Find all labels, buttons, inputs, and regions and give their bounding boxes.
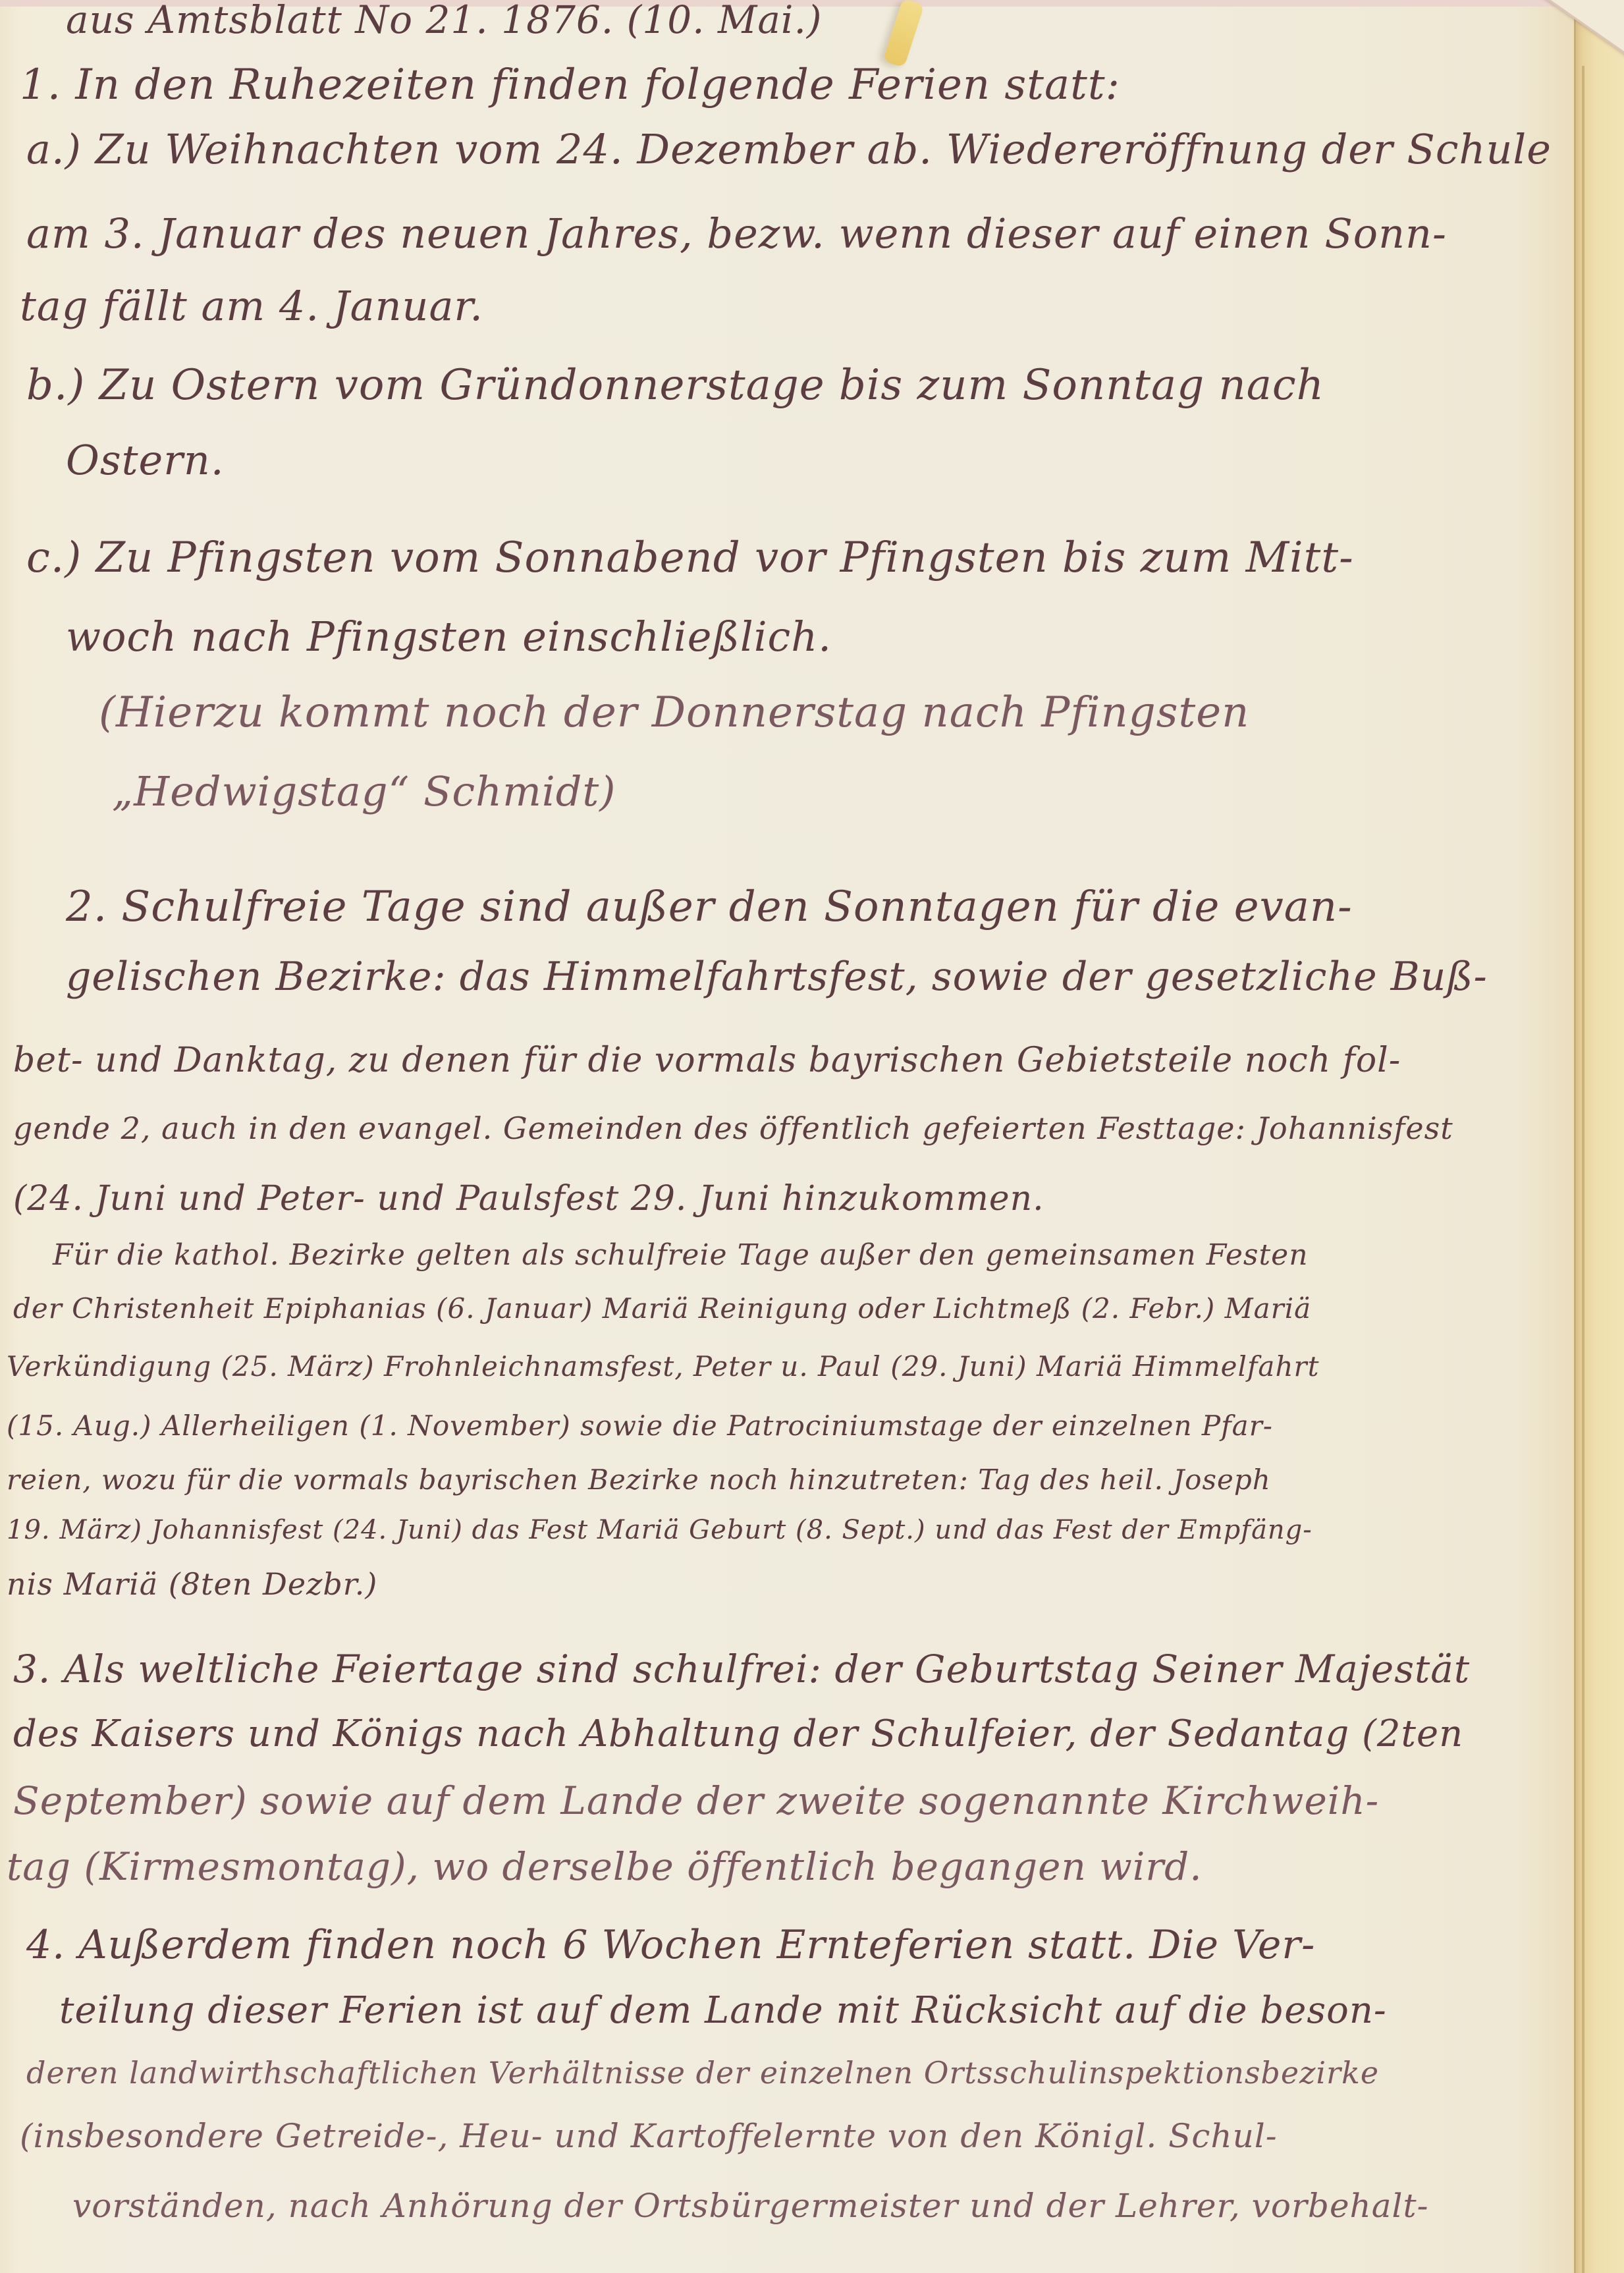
text-line: Verkündigung (25. März) Frohnleichnamsfe…	[7, 1350, 1319, 1383]
text-line: (15. Aug.) Allerheiligen (1. November) s…	[7, 1410, 1273, 1442]
text-line: bet- und Danktag, zu denen für die vorma…	[13, 1041, 1401, 1080]
text-line: (insbesondere Getreide-, Heu- und Kartof…	[20, 2117, 1278, 2155]
text-line: b.) Zu Ostern vom Gründonnerstage bis zu…	[26, 361, 1324, 410]
text-line: deren landwirthschaftlichen Verhältnisse…	[26, 2055, 1379, 2091]
text-line: (24. Juni und Peter- und Paulsfest 29. J…	[13, 1179, 1044, 1219]
text-line: tag fällt am 4. Januar.	[20, 282, 483, 330]
text-line: c.) Zu Pfingsten vom Sonnabend vor Pfing…	[26, 534, 1354, 582]
page-edge-shadow-line	[1582, 66, 1584, 2273]
text-line: gelischen Bezirke: das Himmelfahrtsfest,…	[66, 954, 1488, 1000]
text-line: am 3. Januar des neuen Jahres, bezw. wen…	[26, 209, 1447, 258]
header-source-line: aus Amtsblatt No 21. 1876. (10. Mai.)	[66, 0, 823, 42]
text-line: 4. Außerdem finden noch 6 Wochen Erntefe…	[26, 1922, 1315, 1968]
text-line: 3. Als weltliche Feiertage sind schulfre…	[13, 1647, 1470, 1691]
text-line: 2. Schulfreie Tage sind außer den Sonnta…	[66, 883, 1353, 931]
text-line: 19. März) Johannisfest (24. Juni) das Fe…	[7, 1515, 1313, 1545]
text-line: Für die kathol. Bezirke gelten als schul…	[53, 1238, 1309, 1272]
text-line: „Hedwigstag“ Schmidt)	[112, 767, 616, 815]
text-line: 1. In den Ruhezeiten finden folgende Fer…	[20, 61, 1120, 109]
text-line: nis Mariä (8ten Dezbr.)	[7, 1566, 377, 1602]
text-line: reien, wozu für die vormals bayrischen B…	[7, 1464, 1271, 1496]
text-line: a.) Zu Weihnachten vom 24. Dezember ab. …	[26, 125, 1552, 173]
text-line: teilung dieser Ferien ist auf dem Lande …	[59, 1989, 1387, 2032]
text-line: (Hierzu kommt noch der Donnerstag nach P…	[99, 688, 1249, 737]
text-line: woch nach Pfingsten einschließlich.	[66, 613, 832, 661]
text-line: Ostern.	[66, 436, 225, 484]
text-line: vorständen, nach Anhörung der Ortsbürger…	[72, 2187, 1429, 2225]
text-line: tag (Kirmesmontag), wo derselbe öffentli…	[7, 1844, 1203, 1889]
text-line: September) sowie auf dem Lande der zweit…	[13, 1778, 1379, 1823]
text-line: gende 2, auch in den evangel. Gemeinden …	[13, 1110, 1453, 1146]
text-line: der Christenheit Epiphanias (6. Januar) …	[13, 1292, 1311, 1325]
text-line: des Kaisers und Königs nach Abhaltung de…	[13, 1712, 1463, 1755]
